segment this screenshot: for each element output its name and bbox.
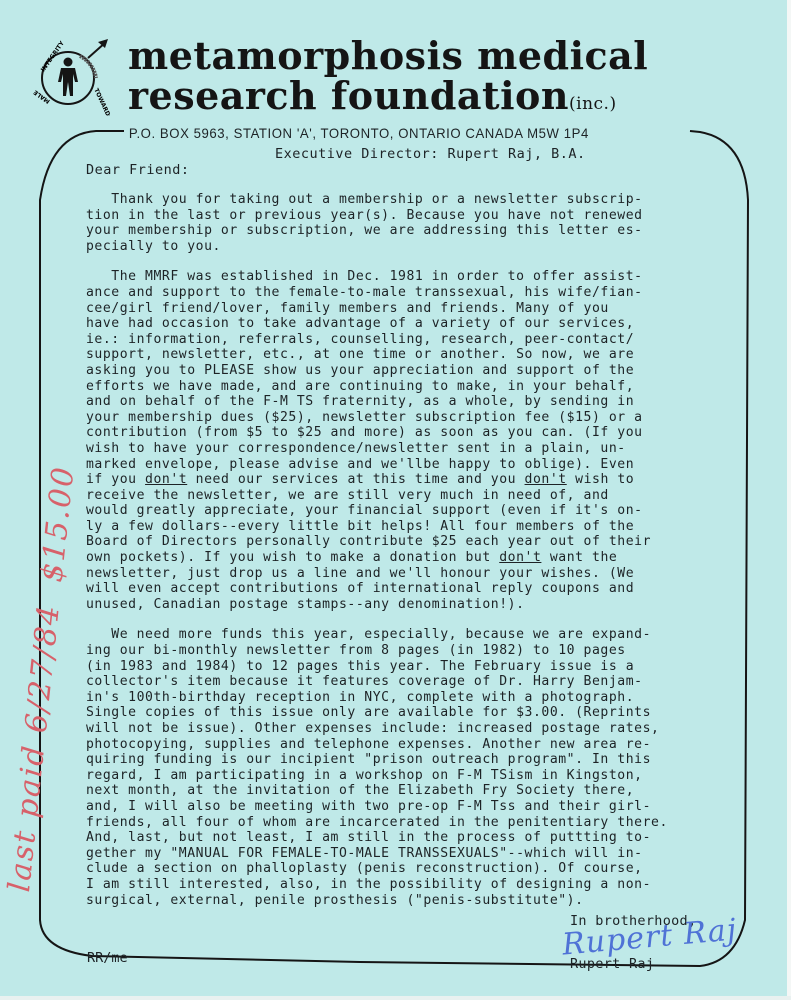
org-name-line-1: metamorphosis medical: [128, 36, 648, 76]
text-line: own pockets). If you wish to make a dona…: [86, 550, 756, 566]
male-figure-in-circle-icon: INTEGRITY TOWARDS MALE: [30, 36, 110, 116]
text-line: (in 1983 and 1984) to 12 pages this year…: [86, 659, 756, 675]
text-line: Single copies of this issue only are ava…: [86, 705, 756, 721]
text-line: efforts we have made, and are continuing…: [86, 379, 756, 395]
payment-amount: $15.00: [35, 464, 82, 584]
text-line: wish to have your correspondence/newslet…: [86, 441, 756, 457]
paragraph-2: The MMRF was established in Dec. 1981 in…: [86, 269, 756, 612]
text-line: I am still interested, also, in the poss…: [86, 877, 756, 893]
text-line: ance and support to the female-to-male t…: [86, 285, 756, 301]
text-line: have had occasion to take advantage of a…: [86, 316, 756, 332]
text-line: regard, I am participating in a workshop…: [86, 768, 756, 784]
text-line: Thank you for taking out a membership or…: [86, 192, 756, 208]
text-line: photocopying, supplies and telephone exp…: [86, 737, 756, 753]
org-name-line-2: research foundation(inc.): [128, 76, 648, 124]
executive-director: Executive Director: Rupert Raj, B.A.: [275, 146, 586, 162]
text-line: gether my "MANUAL FOR FEMALE-TO-MALE TRA…: [86, 846, 756, 862]
handwritten-payment-note: last paid 6/27/84$15.00: [2, 464, 82, 894]
paragraph-3: We need more funds this year, especially…: [86, 627, 756, 908]
text-line: in's 100th-birthday reception in NYC, co…: [86, 690, 756, 706]
text-line: clude a section on phalloplasty (penis r…: [86, 861, 756, 877]
text-line: pecially to you.: [86, 239, 756, 255]
text-line: collector's item because it features cov…: [86, 674, 756, 690]
paper-edge: [787, 0, 791, 1000]
organization-name: metamorphosis medical research foundatio…: [128, 36, 648, 124]
text-line: friends, all four of whom are incarcerat…: [86, 815, 756, 831]
mailing-address: P.O. BOX 5963, STATION 'A', TORONTO, ONT…: [126, 125, 592, 141]
text-line: receive the newsletter, we are still ver…: [86, 488, 756, 504]
signer-name: Rupert Raj: [570, 956, 654, 972]
text-line: will even accept contributions of intern…: [86, 581, 756, 597]
paper-edge-bottom: [0, 996, 791, 1000]
payment-note-text: last paid 6/27/84: [2, 602, 67, 894]
text-line: contribution (from $5 to $25 and more) a…: [86, 425, 756, 441]
org-suffix: (inc.): [569, 94, 617, 114]
letter-body: Thank you for taking out a membership or…: [86, 192, 756, 923]
text-line: asking you to PLEASE show us your apprec…: [86, 363, 756, 379]
text-line: quiring funding is our incipient "prison…: [86, 752, 756, 768]
underlined-emphasis: don't: [499, 550, 541, 565]
text-line: and, I will also be meeting with two pre…: [86, 799, 756, 815]
text-line: will not be issue). Other expenses inclu…: [86, 721, 756, 737]
text-line: next month, at the invitation of the Eli…: [86, 783, 756, 799]
text-line: would greatly appreciate, your financial…: [86, 503, 756, 519]
text-line: ie.: information, referrals, counselling…: [86, 332, 756, 348]
text-line: marked envelope, please advise and we'll…: [86, 457, 756, 473]
text-line: if you don't need our services at this t…: [86, 472, 756, 488]
text-line: and on behalf of the F-M TS fraternity, …: [86, 394, 756, 410]
text-line: cee/girl friend/lover, family members an…: [86, 301, 756, 317]
salutation: Dear Friend:: [86, 162, 190, 178]
text-line: your membership or subscription, we are …: [86, 223, 756, 239]
text-line: ing our bi-monthly newsletter from 8 pag…: [86, 643, 756, 659]
text-line: support, newsletter, etc., at one time o…: [86, 347, 756, 363]
text-line: We need more funds this year, especially…: [86, 627, 756, 643]
text-line: ly a few dollars--every little bit helps…: [86, 519, 756, 535]
text-line: your membership dues ($25), newsletter s…: [86, 410, 756, 426]
text-line: unused, Canadian postage stamps--any den…: [86, 597, 756, 613]
text-line: newsletter, just drop us a line and we'l…: [86, 566, 756, 582]
paragraph-1: Thank you for taking out a membership or…: [86, 192, 756, 254]
text-line: And, last, but not least, I am still in …: [86, 830, 756, 846]
text-line: The MMRF was established in Dec. 1981 in…: [86, 269, 756, 285]
underlined-emphasis: don't: [525, 472, 567, 487]
typist-initials: RR/me: [87, 950, 128, 966]
underlined-emphasis: don't: [145, 472, 187, 487]
text-line: tion in the last or previous year(s). Be…: [86, 208, 756, 224]
svg-text:TOWARDS: TOWARDS: [92, 87, 110, 116]
text-line: Board of Directors personally contribute…: [86, 534, 756, 550]
text-line: surgical, external, penile prosthesis ("…: [86, 893, 756, 909]
